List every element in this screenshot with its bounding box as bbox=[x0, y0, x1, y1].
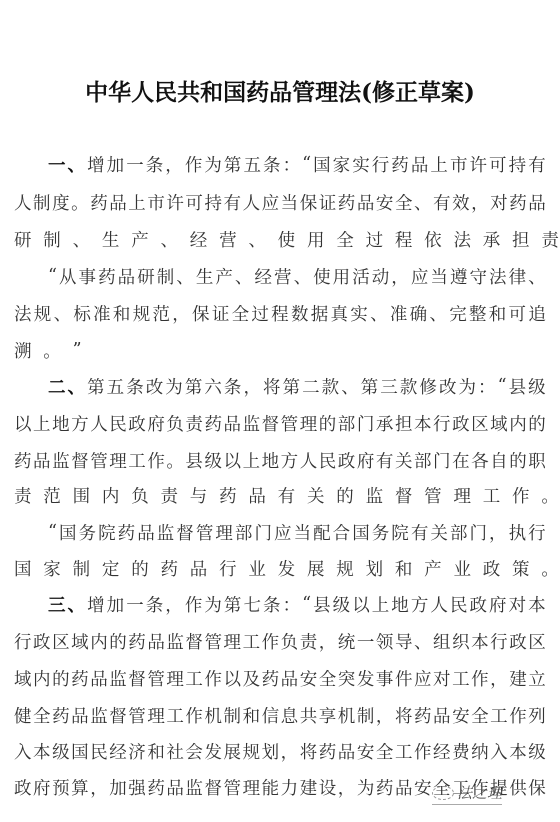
paragraph-line: 域内的药品监督管理工作以及药品安全突发事件应对工作，建立 bbox=[14, 663, 546, 693]
watermark-underline bbox=[432, 804, 502, 805]
paragraph-line: “国务院药品监督管理部门应当配合国务院有关部门，执行 bbox=[48, 517, 546, 547]
paragraph-line: 入本级国民经济和社会发展规划，将药品安全工作经费纳入本级 bbox=[14, 736, 546, 766]
paragraph-line: 以上地方人民政府负责药品监督管理的部门承担本行政区域内的 bbox=[14, 408, 546, 438]
paragraph-line: 责范围内负责与药品有关的监督管理工作。 bbox=[14, 480, 546, 510]
paragraph-line: 溯。” bbox=[14, 335, 546, 365]
watermark: 法之理 bbox=[432, 782, 502, 803]
paragraph-line: 国家制定的药品行业发展规划和产业政策。” bbox=[14, 553, 546, 583]
paragraph-line: 二、第五条改为第六条，将第二款、第三款修改为：“县级 bbox=[48, 371, 546, 401]
paragraph-line: 健全药品监督管理工作机制和信息共享机制，将药品安全工作列 bbox=[14, 700, 546, 730]
watermark-text: 法之理 bbox=[457, 782, 502, 803]
paragraph-line: 三、增加一条，作为第七条：“县级以上地方人民政府对本 bbox=[48, 589, 546, 619]
paragraph-line: 研制、生产、经营、使用全过程依法承担责任。 bbox=[14, 224, 546, 254]
paragraph-line: 一、增加一条，作为第五条：“国家实行药品上市许可持有 bbox=[48, 149, 546, 179]
wechat-logo-icon bbox=[432, 786, 454, 800]
paragraph-line: 药品监督管理工作。县级以上地方人民政府有关部门在各自的职 bbox=[14, 445, 546, 475]
paragraph-line: 人制度。药品上市许可持有人应当保证药品安全、有效，对药品 bbox=[14, 187, 546, 217]
document-title: 中华人民共和国药品管理法(修正草案) bbox=[0, 74, 560, 107]
paragraph-line: 行政区域内的药品监督管理工作负责，统一领导、组织本行政区 bbox=[14, 626, 546, 656]
paragraph-line: 法规、标准和规范，保证全过程数据真实、准确、完整和可追 bbox=[14, 298, 546, 328]
paragraph-line: “从事药品研制、生产、经营、使用活动，应当遵守法律、 bbox=[48, 261, 546, 291]
